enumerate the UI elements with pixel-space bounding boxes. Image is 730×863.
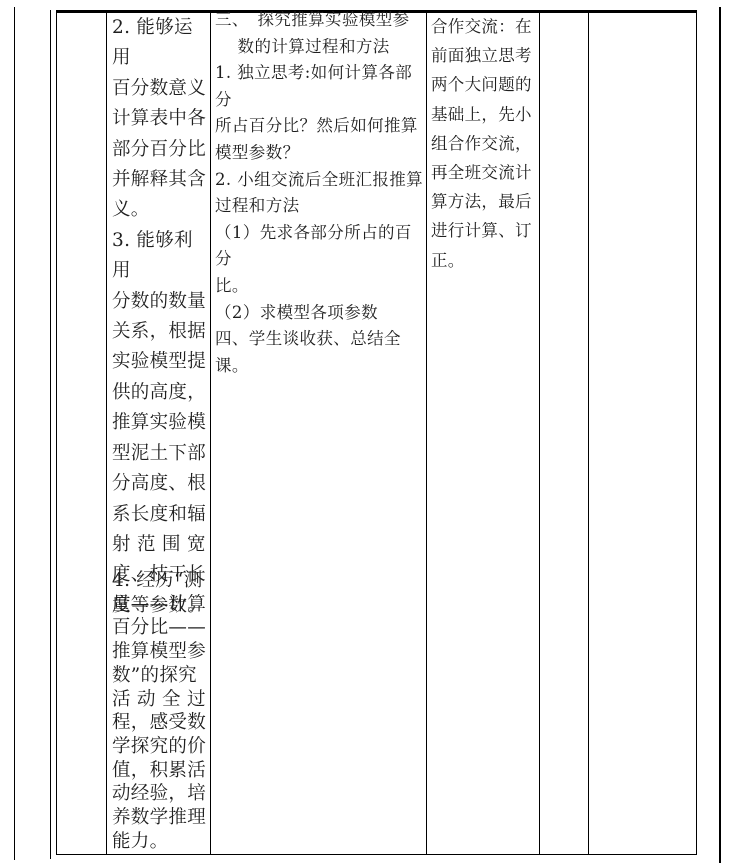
page-left-border: [14, 7, 15, 860]
column-divider-empty-1: [588, 12, 589, 855]
teaching-process-cell: 三、 探究推算实验模型参 数的计算过程和方法 1. 独立思考:如何计算各部分 所…: [215, 7, 427, 379]
column-divider-objectives-right: [210, 12, 211, 855]
table-bottom-border: [56, 854, 697, 855]
column-divider-empty-2: [696, 12, 697, 855]
objectives-paragraph-upper: 2. 能够运用 百分数意义 计算表中各 部分百分比 并解释其含 义。 3. 能够…: [112, 13, 209, 621]
column-divider-objectives-left: [106, 12, 107, 855]
table-left-border: [56, 10, 57, 855]
page-right-border: [719, 7, 720, 863]
cooperation-exchange-cell: 合作交流：在 前面独立思考 两个大问题的 基础上，先小 组合作交流， 再全班交流…: [431, 12, 538, 275]
objectives-paragraph-lower: 4. 经历“测 量——计算 百分比—— 推算模型参 数”的探究 活 动 全 过 …: [112, 569, 209, 853]
column-divider-cooperation-right: [539, 12, 540, 855]
column-divider-outer-left: [50, 10, 51, 859]
document-page: 2. 能够运用 百分数意义 计算表中各 部分百分比 并解释其含 义。 3. 能够…: [0, 0, 730, 863]
